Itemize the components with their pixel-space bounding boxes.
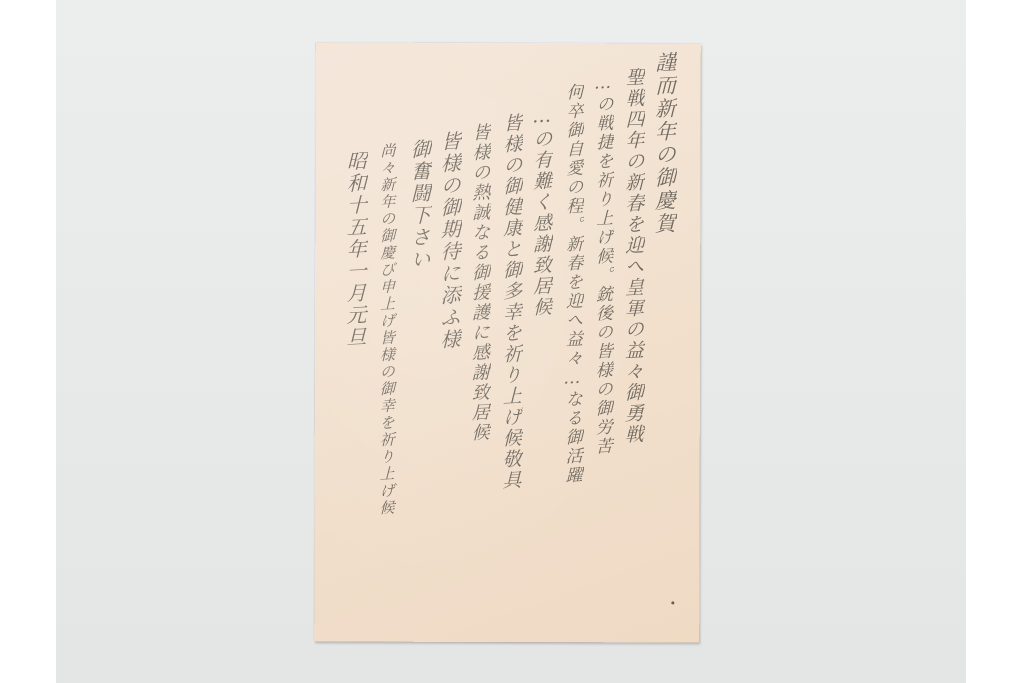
handwritten-column-3: …の戦捷を祈り上げ候。銃後の皆様の御労苦 (593, 73, 611, 457)
handwritten-column-5: …の有難く感謝致居候 (531, 105, 551, 319)
postcard: 謹而新年の御慶賀 聖戦四年の新春を迎へ皇軍の益々御勇戦 …の戦捷を祈り上げ候。銃… (314, 42, 701, 642)
handwritten-column-7: 皆様の熱誠なる御援護に感謝致居候 (470, 122, 489, 443)
handwritten-column-10: 尚々新年の御慶び申上げ皆様の御幸を祈り上げ候 (379, 142, 395, 517)
handwritten-column-8: 皆様の御期待に添ふ様 (439, 130, 460, 351)
handwritten-column-2: 聖戦四年の新春を迎へ皇軍の益々御勇戦 (623, 67, 643, 446)
handwritten-column-4: 何卒御自愛の程。新春を迎へ益々…なる御活躍 (563, 83, 581, 486)
handwritten-column-1: 謹而新年の御慶賀 (653, 51, 674, 236)
ink-speck (671, 601, 674, 604)
handwritten-column-9: 御奮闘下さい (409, 138, 429, 271)
handwritten-column-6: 皆様の御健康と御多幸を祈り上げ候敬具 (501, 113, 521, 492)
date-column: 昭和十五年一月元旦 (345, 150, 366, 349)
